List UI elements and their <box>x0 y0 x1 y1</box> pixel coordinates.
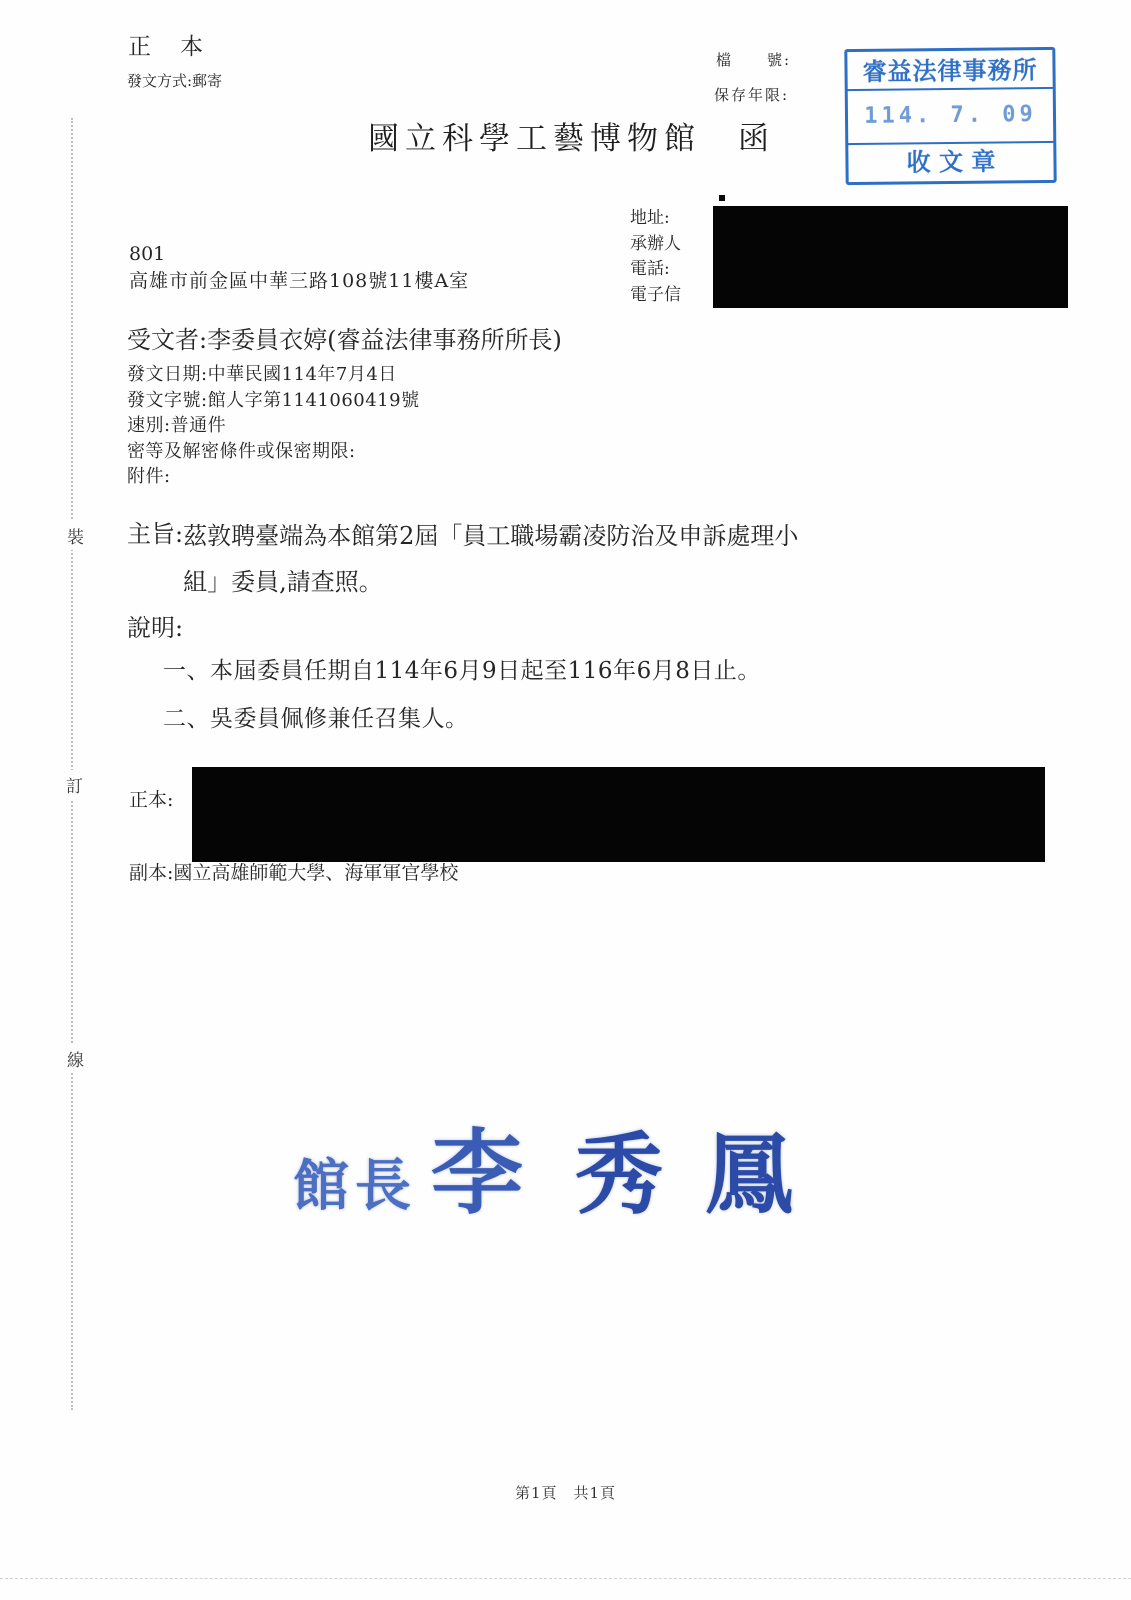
stamp-type-label: 收 文 章 <box>848 143 1053 180</box>
issue-date: 發文日期:中華民國114年7月4日 <box>127 362 420 388</box>
stamp-office-name: 睿益法律事務所 <box>847 50 1052 91</box>
received-stamp: 睿益法律事務所 114. 7. 09 收 文 章 <box>844 47 1056 185</box>
description-item-2: 二、吳委員佩修兼任召集人。 <box>163 700 469 733</box>
director-name-char-1: 李 <box>431 1100 523 1232</box>
contact-labels: 地址: 承辦人 電話: 電子信 <box>630 206 681 308</box>
subject-line-2: 組」委員,請查照。 <box>183 559 798 605</box>
subject-label: 主旨: <box>127 514 183 605</box>
binding-dotted-line <box>71 118 73 1410</box>
delivery-method: 發文方式:郵寄 <box>127 70 222 91</box>
carbon-copy-value: 國立高雄師範大學、海軍軍官學校 <box>173 862 458 884</box>
original-copy-label: 正本: <box>129 785 173 812</box>
recipient-zip: 801 <box>129 243 165 265</box>
address-label: 地址: <box>630 206 681 232</box>
file-number-label: 檔 號: <box>716 49 791 70</box>
redaction-box-contact <box>713 206 1068 308</box>
subject-section: 主旨: 茲敦聘臺端為本館第2屆「員工職場霸凌防治及申訴處理小 組」委員,請查照。 <box>127 514 798 605</box>
classification: 密等及解密條件或保密期限: <box>127 439 420 465</box>
description-label: 說明: <box>127 608 183 643</box>
carbon-copy-line: 副本:國立高雄師範大學、海軍軍官學校 <box>129 858 458 885</box>
binding-label-xian: 線 <box>67 1044 84 1073</box>
redaction-box-original <box>192 767 1045 862</box>
phone-label: 電話: <box>630 257 681 283</box>
reference-number: 發文字號:館人字第1141060419號 <box>127 388 420 414</box>
binding-label-ding: 訂 <box>66 770 83 799</box>
director-signature-seal: 館長 李 秀 鳳 <box>293 1100 793 1232</box>
copy-type-label: 正 本 <box>128 28 206 61</box>
recipient-address: 高雄市前金區中華三路108號11樓A室 <box>129 266 469 293</box>
email-label: 電子信 <box>630 283 681 309</box>
subject-line-1: 茲敦聘臺端為本館第2屆「員工職場霸凌防治及申訴處理小 <box>183 513 798 559</box>
subject-content: 茲敦聘臺端為本館第2屆「員工職場霸凌防治及申訴處理小 組」委員,請查照。 <box>183 513 798 605</box>
recipient-line: 受文者:李委員衣婷(睿益法律事務所所長) <box>127 320 562 355</box>
director-name-char-2: 秀 <box>575 1105 663 1231</box>
page-number: 第1頁 共1頁 <box>0 1482 1131 1503</box>
handler-label: 承辦人 <box>630 232 681 258</box>
attachments: 附件: <box>127 464 420 490</box>
director-name-char-3: 鳳 <box>705 1105 793 1231</box>
scan-artifact-line <box>0 1578 1131 1579</box>
redaction-dot <box>719 195 725 201</box>
description-item-1: 一、本屆委員任期自114年6月9日起至116年6月8日止。 <box>163 652 761 685</box>
director-title: 館長 <box>293 1142 417 1222</box>
stamp-date: 114. 7. 09 <box>848 89 1054 145</box>
document-page: 正 本 發文方式:郵寄 國立科學工藝博物館 函 檔 號: 保存年限: 睿益法律事… <box>0 0 1131 1600</box>
document-meta: 發文日期:中華民國114年7月4日 發文字號:館人字第1141060419號 速… <box>127 362 420 490</box>
binding-label-zhuang: 裝 <box>67 521 84 550</box>
retention-period-label: 保存年限: <box>714 84 789 105</box>
priority: 速別:普通件 <box>127 413 420 439</box>
carbon-copy-label: 副本: <box>129 862 173 884</box>
document-title: 國立科學工藝博物館 函 <box>368 113 775 158</box>
